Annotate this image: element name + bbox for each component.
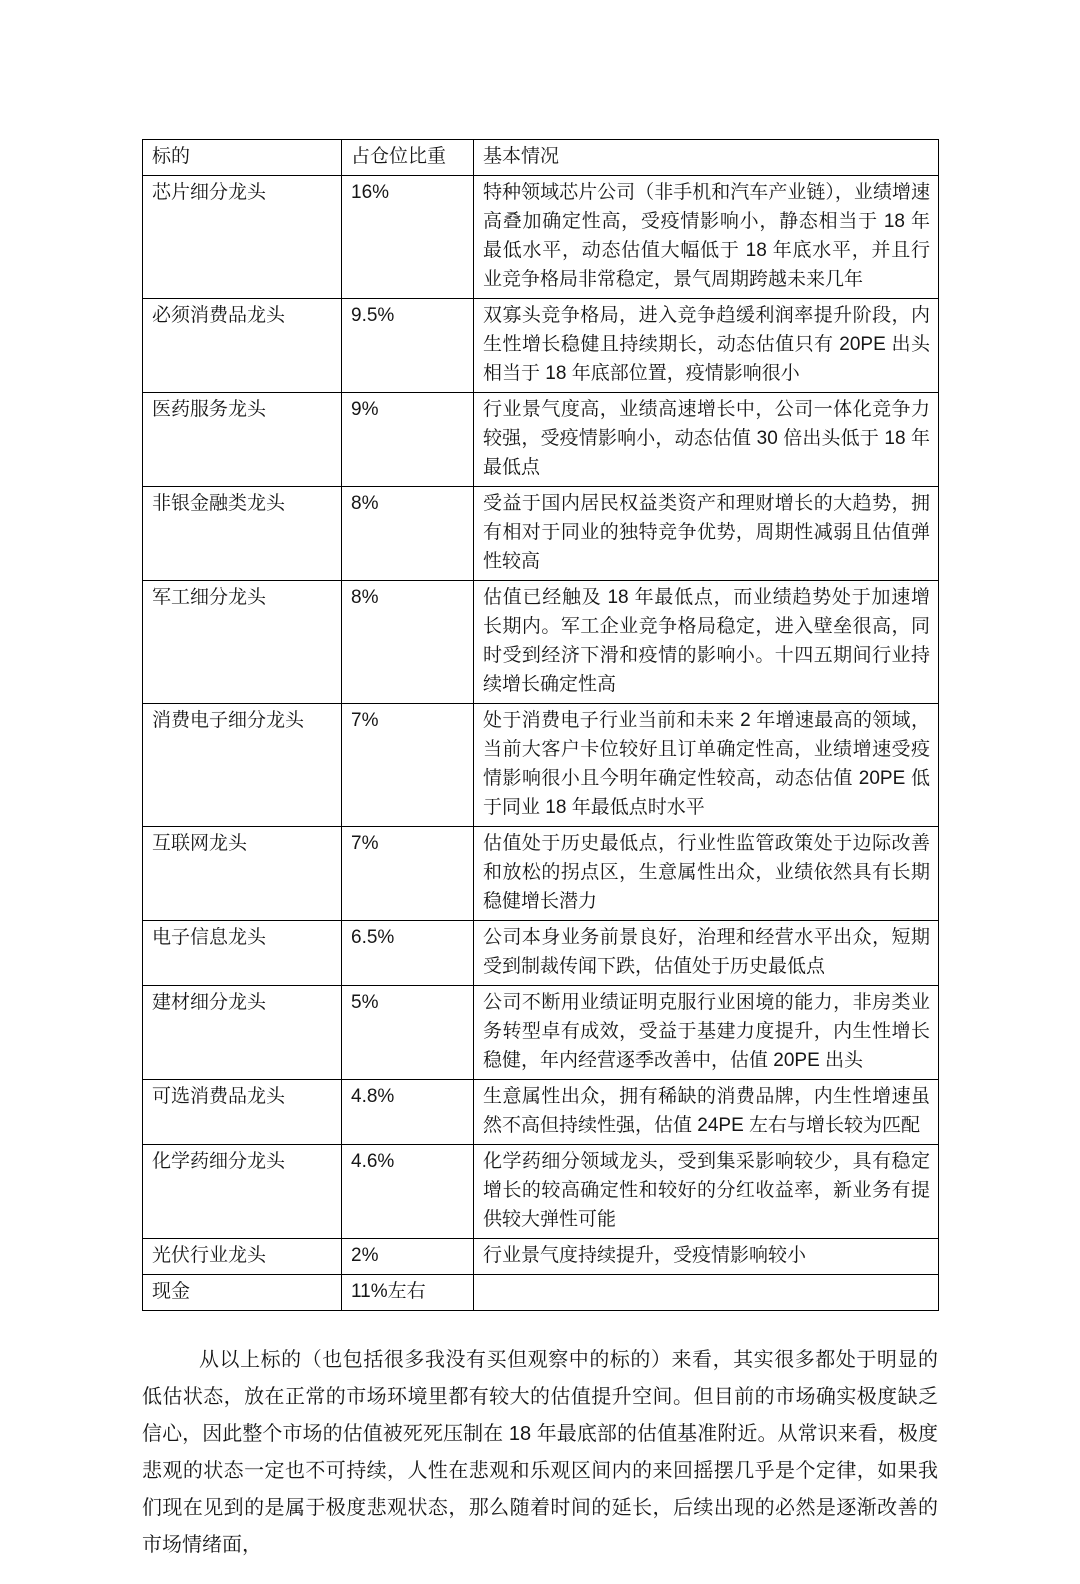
- weight-cell: 2%: [342, 1239, 474, 1275]
- table-row: 芯片细分龙头 16% 特种领域芯片公司（非手机和汽车产业链），业绩增速高叠加确定…: [143, 176, 939, 299]
- target-cell: 军工细分龙头: [143, 581, 342, 704]
- detail-cell: 受益于国内居民权益类资产和理财增长的大趋势，拥有相对于同业的独特竞争优势，周期性…: [474, 487, 939, 581]
- weight-cell: 4.6%: [342, 1145, 474, 1239]
- target-cell: 非银金融类龙头: [143, 487, 342, 581]
- table-row: 电子信息龙头 6.5% 公司本身业务前景良好，治理和经营水平出众，短期受到制裁传…: [143, 921, 939, 986]
- target-cell: 互联网龙头: [143, 827, 342, 921]
- holdings-table: 标的 占仓位比重 基本情况 芯片细分龙头 16% 特种领域芯片公司（非手机和汽车…: [142, 139, 939, 1311]
- weight-cell: 7%: [342, 704, 474, 827]
- table-row: 军工细分龙头 8% 估值已经触及 18 年最低点，而业绩趋势处于加速增长期内。军…: [143, 581, 939, 704]
- detail-cell: [474, 1275, 939, 1311]
- table-row: 建材细分龙头 5% 公司不断用业绩证明克服行业困境的能力，非房类业务转型卓有成效…: [143, 986, 939, 1080]
- target-cell: 可选消费品龙头: [143, 1080, 342, 1145]
- weight-cell: 11%左右: [342, 1275, 474, 1311]
- table-row: 光伏行业龙头 2% 行业景气度持续提升，受疫情影响较小: [143, 1239, 939, 1275]
- detail-cell: 双寡头竞争格局，进入竞争趋缓利润率提升阶段，内生性增长稳健且持续期长，动态估值只…: [474, 299, 939, 393]
- column-header-detail: 基本情况: [474, 140, 939, 176]
- table-row: 化学药细分龙头 4.6% 化学药细分领域龙头，受到集采影响较少，具有稳定增长的较…: [143, 1145, 939, 1239]
- target-cell: 化学药细分龙头: [143, 1145, 342, 1239]
- commentary-paragraph: 从以上标的（也包括很多我没有买但观察中的标的）来看，其实很多都处于明显的低估状态…: [142, 1342, 938, 1564]
- target-cell: 芯片细分龙头: [143, 176, 342, 299]
- column-header-weight: 占仓位比重: [342, 140, 474, 176]
- target-cell: 必须消费品龙头: [143, 299, 342, 393]
- table-row: 必须消费品龙头 9.5% 双寡头竞争格局，进入竞争趋缓利润率提升阶段，内生性增长…: [143, 299, 939, 393]
- table-row: 医药服务龙头 9% 行业景气度高，业绩高速增长中，公司一体化竞争力较强，受疫情影…: [143, 393, 939, 487]
- detail-cell: 行业景气度高，业绩高速增长中，公司一体化竞争力较强，受疫情影响小，动态估值 30…: [474, 393, 939, 487]
- detail-cell: 公司不断用业绩证明克服行业困境的能力，非房类业务转型卓有成效，受益于基建力度提升…: [474, 986, 939, 1080]
- target-cell: 医药服务龙头: [143, 393, 342, 487]
- target-cell: 光伏行业龙头: [143, 1239, 342, 1275]
- weight-cell: 8%: [342, 487, 474, 581]
- weight-cell: 6.5%: [342, 921, 474, 986]
- target-cell: 现金: [143, 1275, 342, 1311]
- detail-cell: 公司本身业务前景良好，治理和经营水平出众，短期受到制裁传闻下跌，估值处于历史最低…: [474, 921, 939, 986]
- detail-cell: 化学药细分领域龙头，受到集采影响较少，具有稳定增长的较高确定性和较好的分红收益率…: [474, 1145, 939, 1239]
- detail-cell: 生意属性出众，拥有稀缺的消费品牌，内生性增速虽然不高但持续性强，估值 24PE …: [474, 1080, 939, 1145]
- detail-cell: 处于消费电子行业当前和未来 2 年增速最高的领域，当前大客户卡位较好且订单确定性…: [474, 704, 939, 827]
- detail-cell: 估值处于历史最低点，行业性监管政策处于边际改善和放松的拐点区，生意属性出众，业绩…: [474, 827, 939, 921]
- document-page: 标的 占仓位比重 基本情况 芯片细分龙头 16% 特种领域芯片公司（非手机和汽车…: [142, 139, 938, 1584]
- detail-cell: 特种领域芯片公司（非手机和汽车产业链），业绩增速高叠加确定性高，受疫情影响小，静…: [474, 176, 939, 299]
- weight-cell: 4.8%: [342, 1080, 474, 1145]
- target-cell: 建材细分龙头: [143, 986, 342, 1080]
- weight-cell: 16%: [342, 176, 474, 299]
- table-row: 互联网龙头 7% 估值处于历史最低点，行业性监管政策处于边际改善和放松的拐点区，…: [143, 827, 939, 921]
- table-row: 可选消费品龙头 4.8% 生意属性出众，拥有稀缺的消费品牌，内生性增速虽然不高但…: [143, 1080, 939, 1145]
- weight-cell: 9.5%: [342, 299, 474, 393]
- target-cell: 消费电子细分龙头: [143, 704, 342, 827]
- weight-cell: 9%: [342, 393, 474, 487]
- table-row: 消费电子细分龙头 7% 处于消费电子行业当前和未来 2 年增速最高的领域，当前大…: [143, 704, 939, 827]
- column-header-target: 标的: [143, 140, 342, 176]
- detail-cell: 行业景气度持续提升，受疫情影响较小: [474, 1239, 939, 1275]
- target-cell: 电子信息龙头: [143, 921, 342, 986]
- detail-cell: 估值已经触及 18 年最低点，而业绩趋势处于加速增长期内。军工企业竞争格局稳定，…: [474, 581, 939, 704]
- weight-cell: 8%: [342, 581, 474, 704]
- table-row: 现金 11%左右: [143, 1275, 939, 1311]
- table-row: 非银金融类龙头 8% 受益于国内居民权益类资产和理财增长的大趋势，拥有相对于同业…: [143, 487, 939, 581]
- weight-cell: 5%: [342, 986, 474, 1080]
- table-header-row: 标的 占仓位比重 基本情况: [143, 140, 939, 176]
- weight-cell: 7%: [342, 827, 474, 921]
